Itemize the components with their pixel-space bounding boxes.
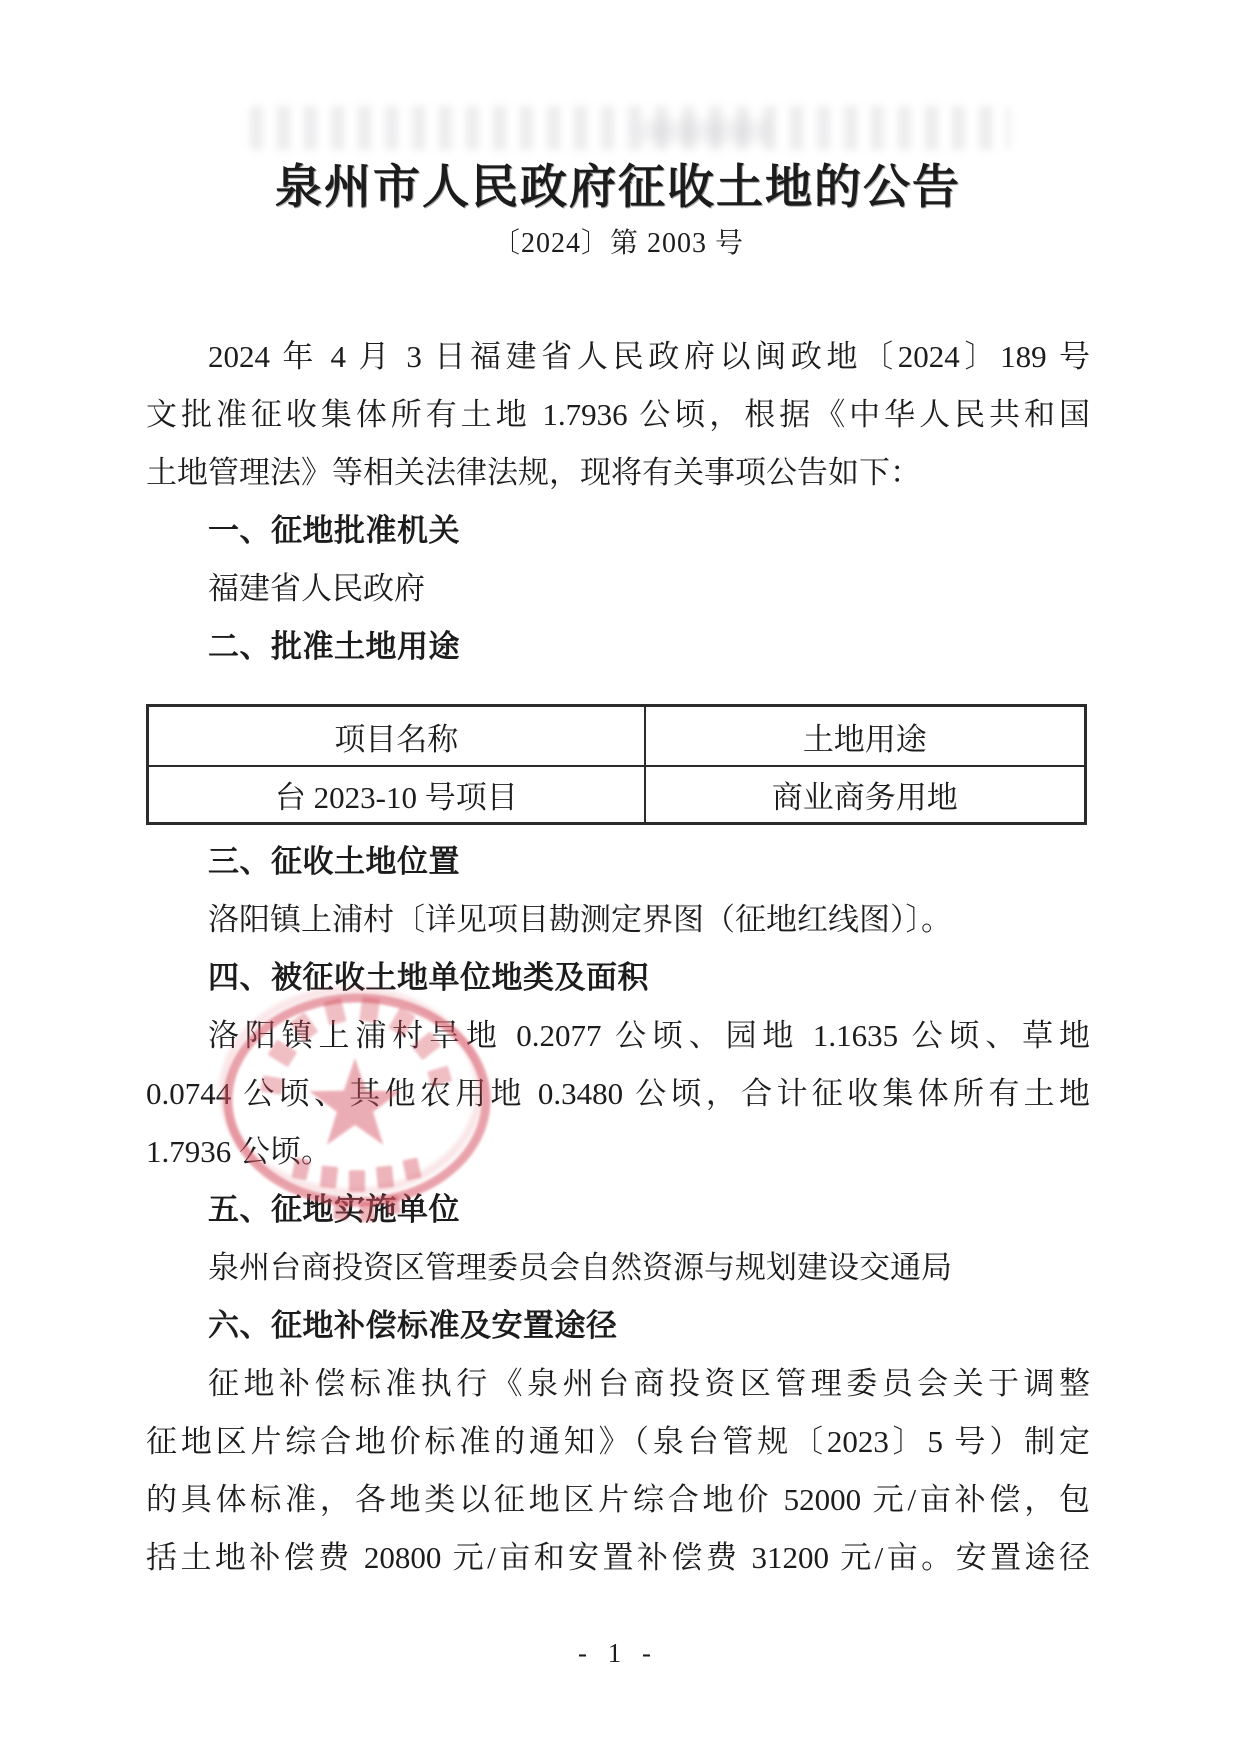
table-cell-project-name: 台 2023-10 号项目 — [148, 766, 645, 824]
section-heading-land-location: 三、征收土地位置 — [146, 833, 1090, 891]
intro-line: 土地管理法》等相关法律法规，现将有关事项公告如下： — [146, 444, 1090, 502]
table-header-row: 项目名称 土地用途 — [148, 706, 1086, 767]
table-row: 台 2023-10 号项目 商业商务用地 — [148, 766, 1086, 824]
table-cell-land-use: 商业商务用地 — [645, 766, 1086, 824]
section-body-line: 的具体标准，各地类以征地区片综合地价 52000 元/亩补偿，包 — [146, 1471, 1090, 1529]
table-header-land-use: 土地用途 — [645, 706, 1086, 767]
intro-line: 文批准征收集体所有土地 1.7936 公顷，根据《中华人民共和国 — [146, 386, 1090, 444]
bleed-through-marks — [250, 106, 1010, 150]
section-body-line: 洛阳镇上浦村〔详见项目勘测定界图（征地红线图）〕。 — [146, 891, 1090, 949]
section-body-line: 1.7936 公顷。 — [146, 1123, 1090, 1181]
table-header-project-name: 项目名称 — [148, 706, 645, 767]
section-body-line: 征地补偿标准执行《泉州台商投资区管理委员会关于调整 — [146, 1355, 1090, 1413]
page-number: - 1 - — [146, 1638, 1090, 1669]
intro-line: 2024 年 4 月 3 日福建省人民政府以闽政地〔2024〕189 号 — [146, 328, 1090, 386]
document-body: 2024 年 4 月 3 日福建省人民政府以闽政地〔2024〕189 号 文批准… — [146, 328, 1090, 1587]
section-heading-approving-authority: 一、征地批准机关 — [146, 502, 1090, 560]
section-heading-compensation: 六、征地补偿标准及安置途径 — [146, 1297, 1090, 1355]
section-heading-land-type-area: 四、被征收土地单位地类及面积 — [146, 949, 1090, 1007]
announcement-page: 泉州市人民政府征收土地的公告 〔2024〕第 2003 号 2024 年 4 月… — [0, 0, 1240, 1754]
section-body-line: 括土地补偿费 20800 元/亩和安置补偿费 31200 元/亩。安置途径 — [146, 1529, 1090, 1587]
section-heading-implementing-unit: 五、征地实施单位 — [146, 1181, 1090, 1239]
section-body-line: 福建省人民政府 — [146, 560, 1090, 618]
bleed-through-smudge — [640, 120, 770, 142]
section-body-line: 泉州台商投资区管理委员会自然资源与规划建设交通局 — [146, 1239, 1090, 1297]
land-use-table: 项目名称 土地用途 台 2023-10 号项目 商业商务用地 — [146, 704, 1087, 825]
section-body-line: 0.0744 公顷、其他农用地 0.3480 公顷，合计征收集体所有土地 — [146, 1065, 1090, 1123]
section-body-line: 洛阳镇上浦村旱地 0.2077 公顷、园地 1.1635 公顷、草地 — [146, 1007, 1090, 1065]
document-number: 〔2024〕第 2003 号 — [146, 221, 1090, 261]
page-title: 泉州市人民政府征收土地的公告 — [146, 150, 1090, 217]
section-body-line: 征地区片综合地价标准的通知》（泉台管规〔2023〕5 号）制定 — [146, 1413, 1090, 1471]
section-heading-approved-land-use: 二、批准土地用途 — [146, 618, 1090, 676]
